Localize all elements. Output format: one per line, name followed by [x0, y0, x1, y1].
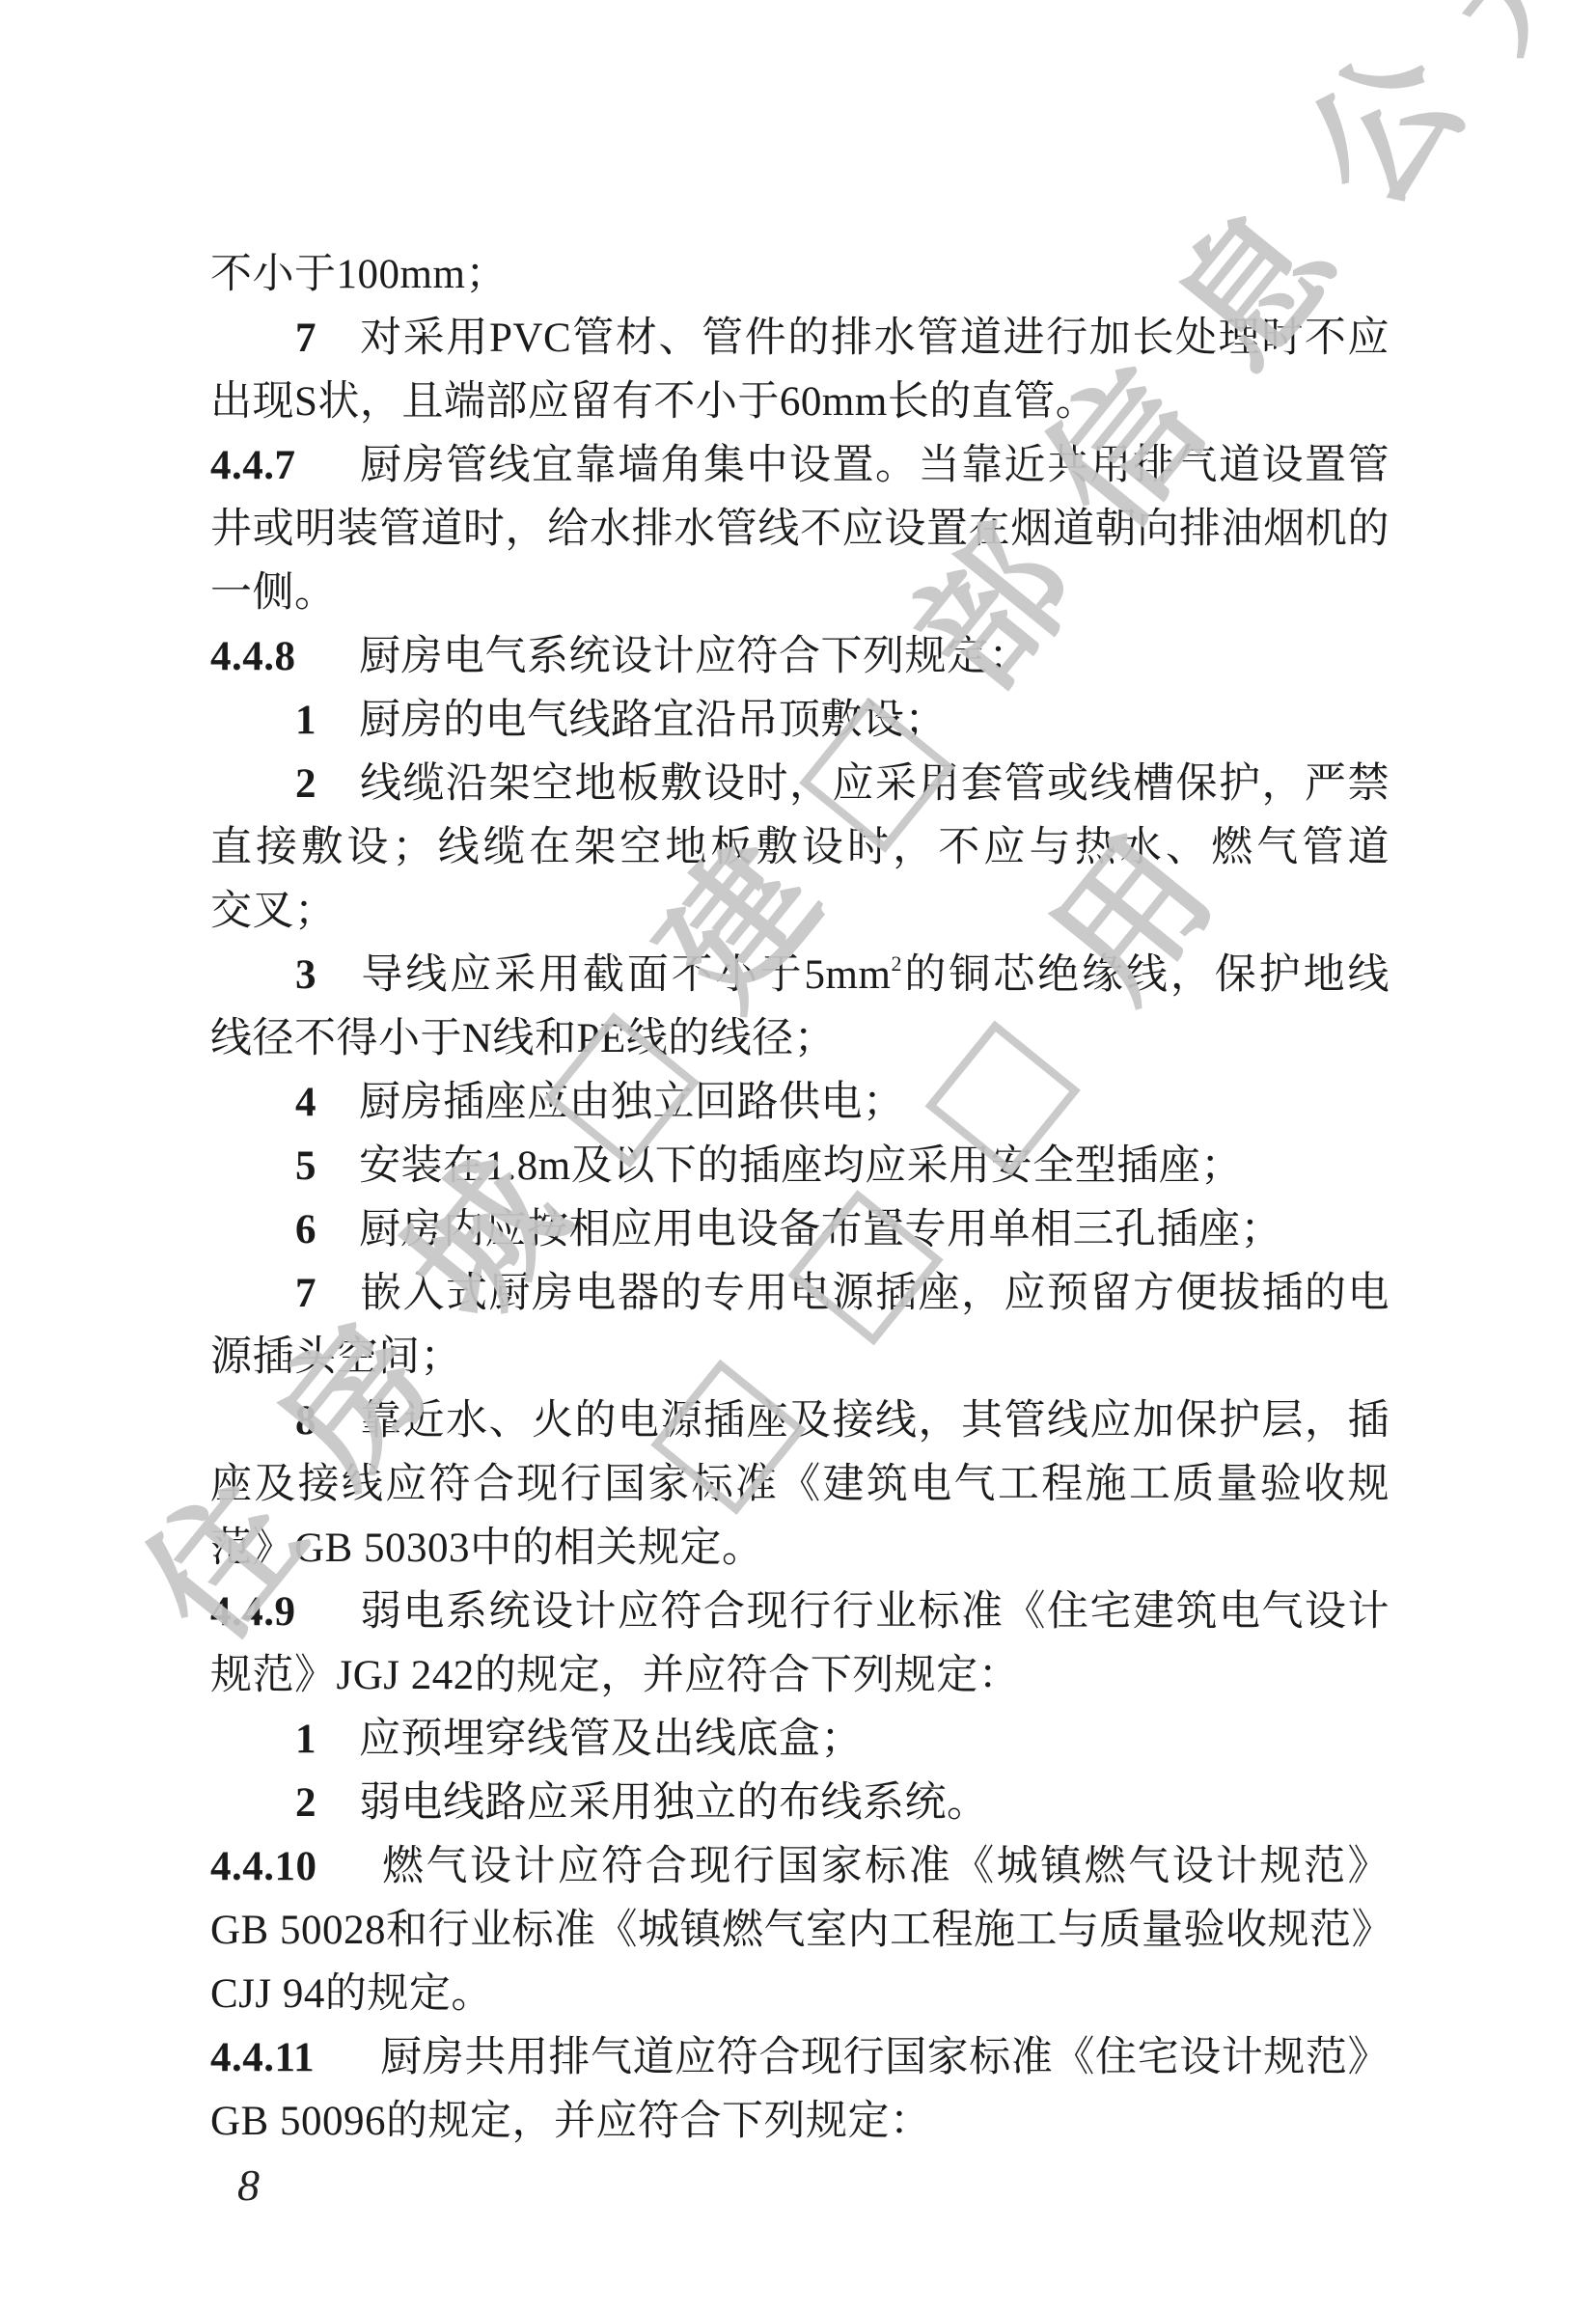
document-page: 不小于100mm； 7对采用PVC管材、管件的排水管道进行加长处理时不应 出现S…: [0, 0, 1596, 2311]
text-line: 出现S状，且端部应留有不小于60mm长的直管。: [210, 371, 1390, 434]
clause-number: 4.4.8: [210, 625, 359, 689]
list-item-8: 8靠近水、火的电源插座及接线，其管线应加保护层，插: [210, 1389, 1390, 1453]
text-line: 座及接线应符合现行国家标准《建筑电气工程施工质量验收规: [210, 1453, 1390, 1517]
item-number: 1: [295, 689, 359, 753]
item-number: 4: [295, 1071, 359, 1135]
text-line: GB 50096的规定，并应符合下列规定：: [210, 2090, 1390, 2154]
item-text: 应预埋穿线管及出线底盒；: [359, 1717, 863, 1762]
clause-4-4-10: 4.4.10燃气设计应符合现行国家标准《城镇燃气设计规范》: [210, 1835, 1390, 1899]
clause-number: 4.4.10: [210, 1835, 380, 1899]
superscript: 2: [891, 951, 902, 976]
clause-number: 4.4.11: [210, 2026, 380, 2090]
list-item-4: 4厨房插座应由独立回路供电；: [210, 1071, 1390, 1135]
clause-text: 厨房管线宜靠墙角集中设置。当靠近共用排气道设置管: [359, 443, 1390, 488]
item-number: 8: [295, 1389, 359, 1453]
item-text: 弱电线路应采用独立的布线系统。: [359, 1780, 989, 1826]
item-text: 厨房的电气线路宜沿吊顶敷设；: [359, 698, 947, 743]
text-line: GB 50028和行业标准《城镇燃气室内工程施工与质量验收规范》: [210, 1899, 1390, 1963]
list-item-2: 2弱电线路应采用独立的布线系统。: [210, 1772, 1390, 1835]
item-text: 靠近水、火的电源插座及接线，其管线应加保护层，插: [359, 1398, 1390, 1444]
list-item-6: 6厨房内应按相应用电设备布置专用单相三孔插座；: [210, 1198, 1390, 1262]
clause-text: 弱电系统设计应符合现行行业标准《住宅建筑电气设计: [359, 1589, 1390, 1635]
page-number: 8: [237, 2160, 260, 2211]
item-number: 7: [295, 307, 359, 371]
item-number: 2: [295, 1772, 359, 1835]
item-text: 线缆沿架空地板敷设时，应采用套管或线槽保护，严禁: [359, 761, 1390, 807]
item-number: 6: [295, 1198, 359, 1262]
item-text: 嵌入式厨房电器的专用电源插座，应预留方便拔插的电: [359, 1271, 1390, 1316]
item-text: 对采用PVC管材、管件的排水管道进行加长处理时不应: [359, 316, 1390, 361]
text-line: 规范》JGJ 242的规定，并应符合下列规定：: [210, 1644, 1390, 1708]
item-number: 3: [295, 944, 359, 1007]
watermark-char: 公: [1249, 0, 1505, 241]
text-line: 不小于100mm；: [210, 243, 1390, 307]
list-item-7: 7对采用PVC管材、管件的排水管道进行加长处理时不应: [210, 307, 1390, 371]
item-text: 厨房内应按相应用电设备布置专用单相三孔插座；: [359, 1207, 1282, 1252]
item-number: 7: [295, 1262, 359, 1326]
list-item-2: 2线缆沿架空地板敷设时，应采用套管或线槽保护，严禁: [210, 753, 1390, 816]
text-line: CJJ 94的规定。: [210, 1963, 1390, 2026]
clause-number: 4.4.9: [210, 1581, 359, 1644]
clause-text: 燃气设计应符合现行国家标准《城镇燃气设计规范》: [380, 1844, 1390, 1889]
clause-text: 厨房电气系统设计应符合下列规定：: [359, 634, 1031, 679]
clause-number: 4.4.7: [210, 434, 359, 498]
text-line: 交叉；: [210, 880, 1390, 944]
item-text: 的铜芯绝缘线，保护地线: [902, 952, 1390, 998]
clause-4-4-7: 4.4.7厨房管线宜靠墙角集中设置。当靠近共用排气道设置管: [210, 434, 1390, 498]
list-item-7: 7嵌入式厨房电器的专用电源插座，应预留方便拔插的电: [210, 1262, 1390, 1326]
watermark-char: 开: [1379, 0, 1596, 81]
list-item-1: 1厨房的电气线路宜沿吊顶敷设；: [210, 689, 1390, 753]
text-line: 线径不得小于N线和PE线的线径；: [210, 1007, 1390, 1071]
item-number: 2: [295, 753, 359, 816]
body-text: 不小于100mm； 7对采用PVC管材、管件的排水管道进行加长处理时不应 出现S…: [210, 243, 1390, 2154]
item-number: 1: [295, 1708, 359, 1772]
list-item-5: 5安装在1.8m及以下的插座均应采用安全型插座；: [210, 1135, 1390, 1198]
text-line: 直接敷设；线缆在架空地板敷设时，不应与热水、燃气管道: [210, 816, 1390, 880]
item-text: 安装在1.8m及以下的插座均应采用安全型插座；: [359, 1143, 1243, 1189]
clause-text: 厨房共用排气道应符合现行国家标准《住宅设计规范》: [380, 2035, 1390, 2080]
text-line: 一侧。: [210, 562, 1390, 625]
clause-4-4-9: 4.4.9弱电系统设计应符合现行行业标准《住宅建筑电气设计: [210, 1581, 1390, 1644]
text-line: 井或明装管道时，给水排水管线不应设置在烟道朝向排油烟机的: [210, 498, 1390, 562]
clause-4-4-8: 4.4.8厨房电气系统设计应符合下列规定：: [210, 625, 1390, 689]
item-text: 厨房插座应由独立回路供电；: [359, 1080, 905, 1125]
list-item-3: 3导线应采用截面不小于5mm2的铜芯绝缘线，保护地线: [210, 944, 1390, 1007]
item-number: 5: [295, 1135, 359, 1198]
item-text: 导线应采用截面不小于5mm: [359, 952, 891, 998]
text-line: 源插头空间；: [210, 1326, 1390, 1389]
text-line: 范》GB 50303中的相关规定。: [210, 1517, 1390, 1581]
clause-4-4-11: 4.4.11厨房共用排气道应符合现行国家标准《住宅设计规范》: [210, 2026, 1390, 2090]
list-item-1: 1应预埋穿线管及出线底盒；: [210, 1708, 1390, 1772]
